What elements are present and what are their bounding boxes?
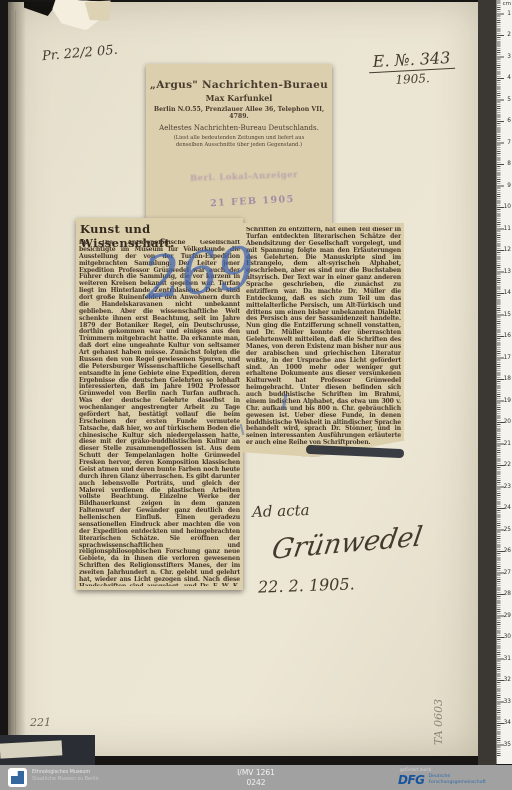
handwritten-ad-acta: Ad acta [252,501,310,521]
clipping-right-column: Schriften zu entziffern, hat einen Teil … [246,227,401,449]
blue-pencil-number: 269 [141,238,257,307]
footer-bar: Ethnologisches Museum Staatliche Museen … [0,765,512,790]
ruler-cm-number: 16 [504,333,511,339]
entry-number-value: E. №. 343 [368,48,455,73]
handwritten-date: 22. 2. 1905. [258,574,355,596]
ruler-cm-number: 9 [507,183,511,189]
slip-name: Max Karfunkel [146,93,332,103]
ruler-cm-number: 31 [504,656,511,662]
ruler-unit-label: cm [503,1,511,7]
handwritten-entry-number: E. №. 343 1905. [355,47,469,89]
ruler-cm-number: 32 [504,677,511,683]
ruler-cm-number: 35 [504,742,511,748]
slip-subtitle: Aeltestes Nachrichten-Bureau Deutschland… [146,124,332,132]
ruler-cm-number: 6 [507,118,511,124]
ruler-cm-number: 34 [504,720,511,726]
funded-by-label: gefördert durch [400,767,486,772]
slip-note: (Liest alle bedeutenden Zeitungen und li… [163,135,316,148]
ruler-cm-number: 15 [504,312,511,318]
page-edge-line [11,10,12,750]
archive-scan: Pr. 22/2 05. E. №. 343 1905. „Argus" Nac… [0,0,512,790]
dfg-full-name: Deutsche Forschungsgemeinschaft [429,774,486,785]
ruler-cm-number: 7 [507,140,511,146]
slip-address: Berlin N.O.55, Prenzlauer Allee 36, Tele… [146,106,332,120]
pencil-page-number: 221 [30,716,51,729]
ruler-cm-number: 25 [504,527,511,533]
dfg-wordmark: DFG [398,773,425,787]
ruler-cm-number: 14 [504,290,511,296]
ruler-cm-number: 8 [507,161,511,167]
ruler-cm-number: 12 [504,247,511,253]
ruler-cm-number: 33 [504,699,511,705]
ruler-cm-number: 11 [504,226,511,232]
ruler-cm-number: 20 [504,419,511,425]
ruler-cm-number: 24 [504,505,511,511]
ruler-cm-number: 27 [504,570,511,576]
ruler-cm-number: 10 [504,204,511,210]
newspaper-stamp: Berl. Lokal-Anzeiger [190,170,298,184]
ruler-cm-number: 3 [507,54,511,60]
ruler-cm-number: 13 [504,269,511,275]
ruler-cm-number: 4 [507,75,511,81]
slip-title: „Argus" Nachrichtеn-Buraeu [146,79,332,91]
scan-background-gap [478,0,496,765]
ruler-cm-number: 28 [504,591,511,597]
ruler-cm-number: 21 [504,441,511,447]
ruler-cm-number: 19 [504,398,511,404]
ruler-cm-number: 1 [507,11,511,17]
date-stamp: 21 FEB 1905 [210,194,295,209]
ruler-cm-number: 26 [504,548,511,554]
page-edge-line [15,10,16,750]
ruler-ticks [497,0,504,764]
ruler-cm-number: 2 [507,32,511,38]
ruler-cm-number: 29 [504,613,511,619]
ruler-cm-number: 5 [507,97,511,103]
argus-agency-slip: „Argus" Nachrichtеn-Buraeu Max Karfunkel… [146,64,332,232]
dfg-logo: gefördert durch DFG Deutsche Forschungsg… [398,767,486,787]
ruler-cm-number: 22 [504,462,511,468]
ruler-cm-number: 17 [504,355,511,361]
pencil-archive-code: TA 0603 [432,665,445,745]
ruler-cm-number: 30 [504,634,511,640]
dfg-name-line2: Forschungsgemeinschaft [429,780,486,786]
ruler-cm-number: 18 [504,376,511,382]
ruler-cm-number: 23 [504,484,511,490]
measuring-ruler: cm 1234567891011121314151617181920212223… [496,0,512,764]
